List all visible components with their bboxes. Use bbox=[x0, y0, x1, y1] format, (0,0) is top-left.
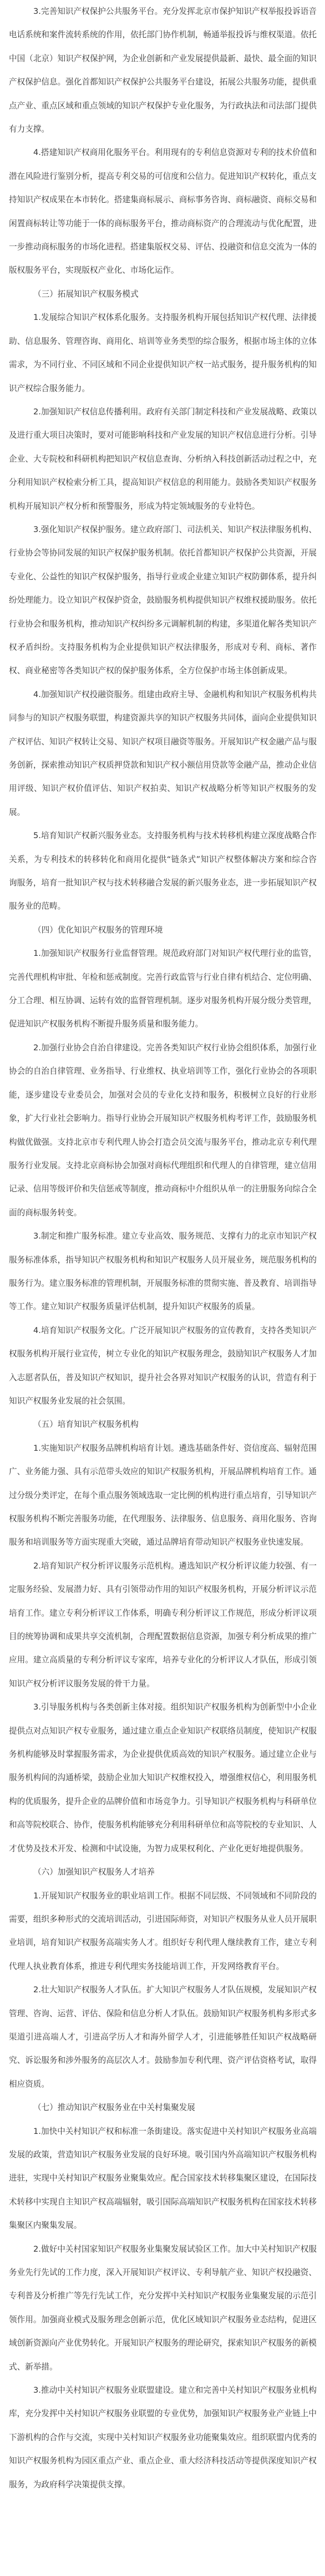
section-heading-6: （六）加强知识产权服务人才培养 bbox=[9, 1861, 317, 1884]
paragraph-analysis-demonstration: 2.培育知识产权分析评议服务示范机构。遴选知识产权分析评议能力较强、有一定服务经… bbox=[9, 1555, 317, 1696]
paragraph-information-use: 2.加强知识产权信息传播利用。政府有关部门制定科技和产业发展战略、政策以及进行重… bbox=[9, 400, 317, 518]
paragraph-zgc-pilot-zone: 2.做好中关村国家知识产权服务业集聚发展试验区工作。加大中关村知识产权服务业先行… bbox=[9, 2238, 317, 2379]
paragraph-platform-commercialization: 4.搭建知识产权商用化服务平台。利用现有的专利信息资源对专利的技术价值和潜在风险… bbox=[9, 141, 317, 282]
paragraph-emerging-service: 5.培育知识产权新兴服务业态。支持服务机构与技术转移机构建立深度战略合作关系，为… bbox=[9, 824, 317, 919]
section-heading-3: （三）拓展知识产权服务模式 bbox=[9, 283, 317, 306]
paragraph-talent-team: 2.壮大知识产权服务人才队伍。扩大知识产权服务人才队伍规模，发展知识产权管理、咨… bbox=[9, 1978, 317, 2096]
section-heading-7: （七）推动知识产权服务业在中关村集聚发展 bbox=[9, 2096, 317, 2119]
paragraph-integrated-service: 1.发展综合知识产权体系化服务。支持服务机构开展包括知识产权代理、法律援助、信息… bbox=[9, 306, 317, 400]
document-body: 3.完善知识产权保护公共服务平台。充分发挥北京市保护知识产权举报投诉语音电话系统… bbox=[0, 0, 325, 2497]
paragraph-brand-cultivation: 1.实施知识产权服务品牌机构培育计划。遴选基础条件好、资信度高、辐射范围广、业务… bbox=[9, 1437, 317, 1555]
paragraph-innovation-docking: 3.引导服务机构与各类创新主体对接。组织知识产权服务机构为创新型中小企业提供点对… bbox=[9, 1696, 317, 1861]
paragraph-association-selfdiscipline: 2.加强行业协会自治自律建设。完善各类知识产权行业协会组织体系，加强行业协会的自… bbox=[9, 1036, 317, 1225]
paragraph-vocational-training: 1.开展知识产权服务业的职业培训工作。根据不同层级、不同领域和不同阶段的需要，组… bbox=[9, 1885, 317, 1979]
paragraph-financing-service: 4.加强知识产权投融资服务。组建由政府主导、金融机构和知识产权服务机构共同参与的… bbox=[9, 683, 317, 824]
paragraph-service-standards: 3.制定和推广服务标准。建立专业高效、服务规范、支撑有力的北京市知识产权服务标准… bbox=[9, 1225, 317, 1319]
paragraph-zgc-alliance: 3.推动中关村知识产权服务业联盟建设。建立和完善中关村知识产权服务业机构库，充分… bbox=[9, 2379, 317, 2497]
paragraph-protection-service: 3.强化知识产权保护服务。建立政府部门、司法机关、知识产权法律服务机构、行业协会… bbox=[9, 518, 317, 683]
paragraph-supervision: 1.加强知识产权服务行业监督管理。规范政府部门对知识产权代理行业的监管，完善代理… bbox=[9, 942, 317, 1036]
paragraph-zgc-street: 1.加快中关村知识产权和标准一条街建设。落实促进中关村知识产权服务业高端发展的政… bbox=[9, 2120, 317, 2238]
section-heading-5: （五）培育知识产权服务机构 bbox=[9, 1413, 317, 1436]
paragraph-platform-protection: 3.完善知识产权保护公共服务平台。充分发挥北京市保护知识产权举报投诉语音电话系统… bbox=[9, 0, 317, 141]
section-heading-4: （四）优化知识产权服务的管理环境 bbox=[9, 919, 317, 942]
paragraph-service-culture: 4.培育知识产权服务文化。广泛开展知识产权服务的宣传教育，支持各类知识产权服务机… bbox=[9, 1319, 317, 1414]
